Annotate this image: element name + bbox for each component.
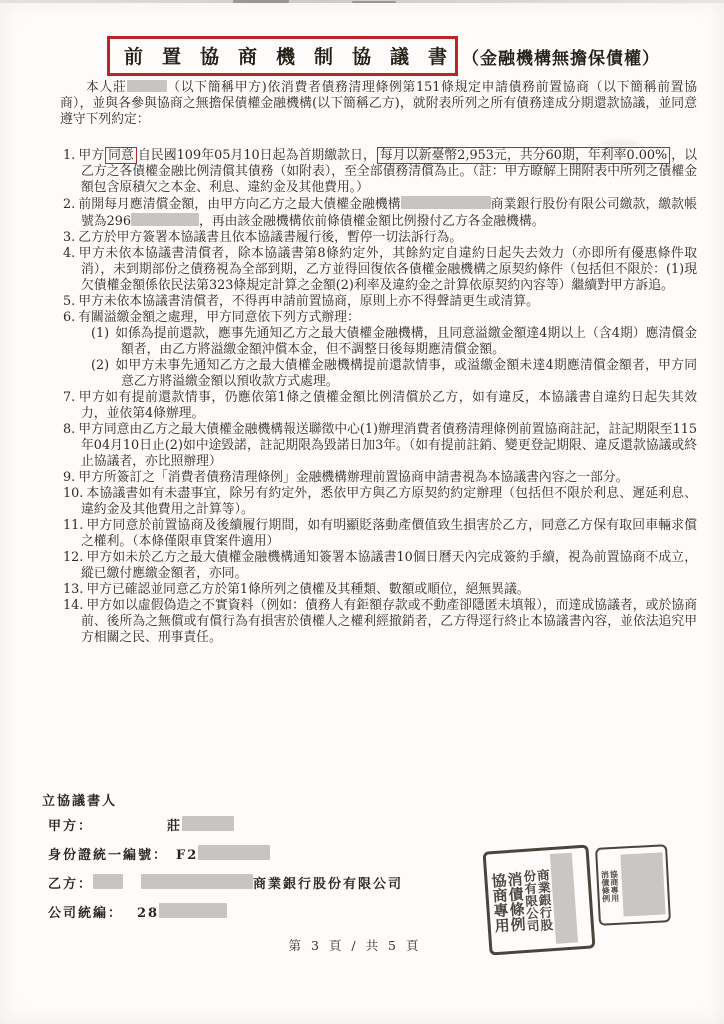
clause-number: 3.: [63, 230, 75, 245]
clause-number: 2.: [63, 197, 75, 212]
highlight-agree: 同意: [105, 147, 137, 164]
clause-text: 甲方所簽訂之「消費者債務清理條例」金融機構辦理前置協商申請書視為本協議書內容之一…: [78, 470, 628, 485]
document-header: 前置協商機制協議書 （金融機構無擔保債權）: [107, 36, 660, 76]
clause-3: 3.乙方於甲方簽署本協議書且依本協議書履行後，暫停一切法訴行為。: [63, 230, 697, 246]
party-b-suffix: 商業銀行股份有限公司: [253, 877, 403, 892]
page-number-footer: 第 3 頁 / 共 5 頁: [0, 936, 710, 954]
highlight-payment-terms: 每月以新臺幣2,953元，共分60期，年利率0.00%: [377, 147, 670, 164]
clause-text: 甲方如有提前還款情事，仍應依第1條之債權金額比例清償於乙方，如有違反，本協議書自…: [78, 390, 697, 421]
clause-5: 5.甲方未依本協議書清償者，不得再申請前置協商，原則上亦不得聲請更生或清算。: [63, 294, 697, 310]
sub-clause-number: (1): [91, 326, 109, 341]
sub-clause-text: 如係為提前還款，應事先通知乙方之最大債權金融機構，且同意溢繳金額達4期以上（含4…: [115, 326, 697, 357]
title-highlight-box: 前置協商機制協議書: [107, 36, 458, 76]
clause-text: 甲方如未於乙方之最大債權金融機構通知簽署本協議書10個日曆天內完成簽約手續，視為…: [81, 550, 697, 581]
redaction-box: [182, 816, 234, 831]
clause-12: 12.甲方如未於乙方之最大債權金融機構通知簽署本協議書10個日曆天內完成簽約手續…: [63, 550, 697, 582]
clause-10: 10.本協議書如有未盡事宜，除另有約定外，悉依甲方與乙方原契約約定辦理（包括但不…: [63, 486, 697, 518]
clause-14: 14.甲方如以虛假偽造之不實資料（例如：債務人有鉅額存款或不動產卻隱匿未填報），…: [63, 598, 697, 646]
clause-number: 12.: [63, 550, 83, 565]
clause-number: 11.: [63, 518, 83, 533]
redaction-box: [131, 213, 199, 226]
clause-number: 9.: [63, 470, 75, 485]
clause-9: 9.甲方所簽訂之「消費者債務清理條例」金融機構辦理前置協商申請書視為本協議書內容…: [63, 470, 697, 486]
clause-2: 2.前開每月應清償金額，由甲方向乙方之最大債權金融機構商業銀行股份有限公司繳款，…: [63, 196, 697, 230]
intro-paragraph: 本人莊（以下簡稱甲方)依消費者債務清理條例第151條規定申請債務前置協商（以下簡…: [60, 80, 697, 128]
clause-text: 甲方同意於前置協商及後續履行期間，如有明顯貶落動產價值致生損害於乙方，同意乙方保…: [81, 518, 697, 549]
agreement-clauses: 1.甲方同意自民國109年05月10日起為首期繳款日，每月以新臺幣2,953元，…: [63, 148, 697, 646]
clause-text: 前開每月應清償金額，由甲方向乙方之最大債權金融機構: [78, 197, 400, 212]
clause-number: 6.: [63, 310, 75, 325]
scan-smudge: [233, 0, 289, 3]
clause-6-sub-2: (2)如甲方未事先通知乙方之最大債權金融機構提前還款情事，或溢繳金額未達4期應清…: [91, 358, 697, 390]
clause-text: 甲方未依本協議書清償者，不得再申請前置協商，原則上亦不得聲請更生或清算。: [78, 294, 539, 309]
clause-text: 本協議書如有未盡事宜，除另有約定外，悉依甲方與乙方原契約約定辦理（包括但不限於利…: [81, 486, 697, 517]
party-b-row: 乙方：商業銀行股份有限公司: [48, 873, 403, 892]
clause-text: 甲方已確認並同意乙方於第1條所列之債權及其種類、數額或順位，絕無異議。: [86, 582, 529, 597]
signatories-heading: 立協議書人: [42, 790, 403, 809]
party-b-label: 乙方：: [48, 877, 93, 892]
clause-number: 14.: [63, 598, 83, 613]
company-id-row: 公司統編：28: [48, 902, 403, 921]
redaction-box: [93, 874, 123, 889]
clause-number: 5.: [63, 294, 75, 309]
id-number-row: 身份證統一編號：F2: [48, 844, 403, 863]
clause-text: ，再由該金融機構依前條債權金額比例撥付乙方各金融機構。: [199, 214, 545, 229]
bank-stamp-small: 消債條例 協商專用: [595, 844, 671, 926]
id-label: 身份證統一編號：: [48, 848, 168, 863]
redaction-box: [401, 196, 491, 209]
clause-text: 自民國109年05月10日起為首期繳款日，: [138, 148, 376, 163]
clause-number: 7.: [63, 390, 75, 405]
redaction-box: [620, 852, 665, 917]
clause-1: 1.甲方同意自民國109年05月10日起為首期繳款日，每月以新臺幣2,953元，…: [63, 148, 697, 196]
intro-text: 本人莊: [86, 80, 127, 95]
clause-number: 8.: [63, 422, 75, 437]
redaction-box: [141, 874, 253, 889]
clause-number: 1.: [63, 148, 75, 163]
sub-clause-number: (2): [91, 358, 109, 373]
clause-13: 13.甲方已確認並同意乙方於第1條所列之債權及其種類、數額或順位，絕無異議。: [63, 582, 697, 598]
id-value: F2: [176, 848, 198, 863]
clause-text: 乙方於甲方簽署本協議書且依本協議書履行後，暫停一切法訴行為。: [78, 230, 462, 245]
clause-6: 6.有關溢繳金額之處理，甲方同意依下列方式辦理： (1)如係為提前還款，應事先通…: [63, 310, 697, 390]
sub-clause-text: 如甲方未事先通知乙方之最大債權金融機構提前還款情事，或溢繳金額未達4期應清償金額…: [115, 358, 697, 389]
doc-subtitle: （金融機構無擔保債權）: [462, 44, 660, 69]
clause-11: 11.甲方同意於前置協商及後續履行期間，如有明顯貶落動產價值致生損害於乙方，同意…: [63, 518, 697, 550]
party-a-row: 甲方：莊: [48, 815, 403, 834]
redaction-box: [198, 845, 270, 860]
scanned-agreement-page: 前置協商機制協議書 （金融機構無擔保債權） 本人莊（以下簡稱甲方)依消費者債務清…: [0, 0, 724, 1024]
clause-text: 有關溢繳金額之處理，甲方同意依下列方式辦理：: [78, 310, 360, 325]
clause-7: 7.甲方如有提前還款情事，仍應依第1條之債權金額比例清償於乙方，如有違反，本協議…: [63, 390, 697, 422]
party-a-name: 莊: [167, 819, 182, 834]
clause-text: 甲方同意由乙方之最大債權金融機構報送聯徵中心(1)辦理消費者債務清理條例前置協商…: [78, 422, 697, 469]
signature-block: 立協議書人 甲方：莊 身份證統一編號：F2 乙方：商業銀行股份有限公司 公司統編…: [42, 790, 403, 931]
clause-text: 甲方未依本協議書清償者，除本協議書第8條約定外，其餘約定自違約日起失去效力（亦即…: [78, 246, 697, 293]
redaction-box: [550, 853, 578, 944]
redaction-box: [159, 903, 227, 918]
clause-4: 4.甲方未依本協議書清償者，除本協議書第8條約定外，其餘約定自違約日起失去效力（…: [63, 246, 697, 294]
company-value: 28: [137, 906, 159, 921]
redaction-box: [127, 80, 167, 92]
clause-text: 甲方: [78, 148, 104, 163]
party-a-label: 甲方：: [48, 819, 93, 834]
clause-number: 4.: [63, 246, 75, 261]
company-label: 公司統編：: [48, 906, 123, 921]
clause-text: 甲方如以虛假偽造之不實資料（例如：債務人有鉅額存款或不動產卻隱匿未填報），而達成…: [81, 598, 697, 645]
clause-6-sub-1: (1)如係為提前還款，應事先通知乙方之最大債權金融機構，且同意溢繳金額達4期以上…: [91, 326, 697, 358]
clause-number: 13.: [63, 582, 83, 597]
doc-title: 前置協商機制協議書: [124, 46, 466, 68]
clause-number: 10.: [63, 486, 83, 501]
clause-8: 8.甲方同意由乙方之最大債權金融機構報送聯徵中心(1)辦理消費者債務清理條例前置…: [63, 422, 697, 470]
scan-smudge: [352, 1, 396, 3]
